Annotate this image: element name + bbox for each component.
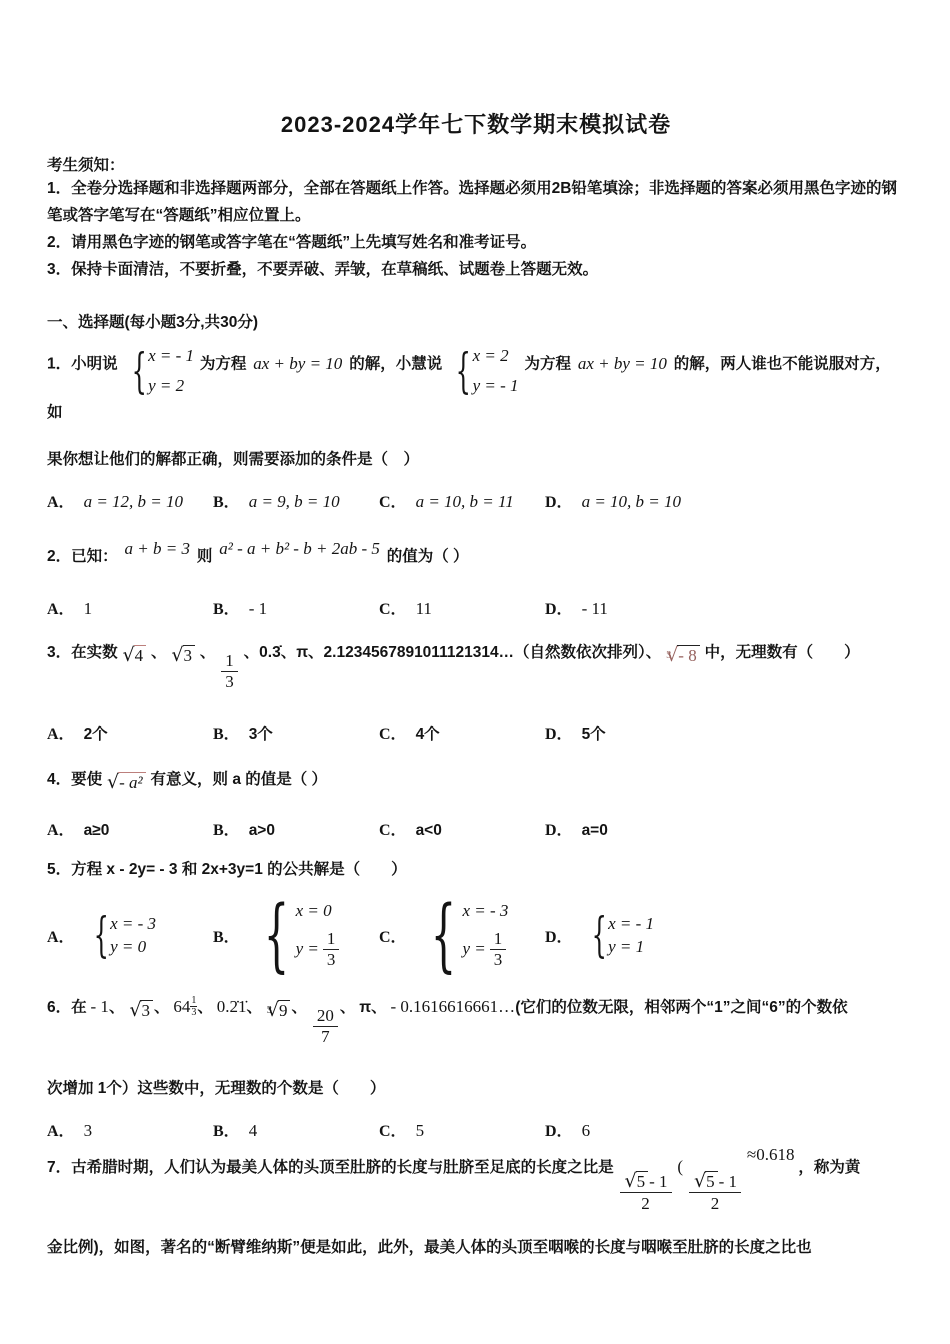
option-label: B．: [213, 924, 240, 947]
question-6-paren-text: (它们的位数无限，相邻两个“1”之间“6”的个数依: [515, 999, 847, 1016]
sqrt-5-radical: √5: [694, 1171, 718, 1192]
question-1-text: 为方程: [200, 356, 247, 373]
question-3-text: 中，无理数有（ ）: [705, 644, 860, 661]
nonrepeating-decimal: - 0.1616616661…: [391, 997, 516, 1016]
option-a: A．2个: [47, 721, 213, 744]
option-d: D． {x = - 1y = 1: [545, 895, 656, 975]
option-value: a>0: [249, 822, 275, 840]
question-6-lead: 在: [71, 999, 87, 1016]
radicand: 9: [278, 1000, 291, 1021]
fraction-numerator: √5 - 1: [689, 1171, 741, 1192]
fraction-numerator: 20: [313, 1006, 338, 1026]
option-value: 5个: [582, 722, 606, 744]
equation-system-1: {x = - 1y = 2: [124, 342, 194, 399]
fraction-numerator: √5 - 1: [620, 1171, 672, 1192]
option-b: B．4: [213, 1118, 379, 1141]
fraction-one-third: 13: [221, 651, 238, 691]
question-7-number: 7．: [47, 1159, 71, 1176]
separator: 、: [246, 999, 262, 1016]
question-7-lead: 古希腊时期，人们认为最美人体的头顶至肚脐的长度与肚脐至足底的长度之比是: [71, 1159, 614, 1176]
repeating-decimal: 0.2̇1̇: [217, 997, 247, 1016]
sqrt-neg-a-squared: √- a²: [107, 772, 146, 793]
notice-item-3: 3．保持卡面清洁，不要折叠，不要弄破、弄皱，在草稿纸、试题卷上答题无效。: [47, 256, 905, 283]
option-system: {x = - 3y =13: [418, 895, 509, 975]
option-b: B．a = 9, b = 10: [213, 489, 379, 512]
radicand: 5: [636, 1171, 649, 1192]
option-value: 4: [249, 1121, 258, 1141]
separator: 、: [200, 644, 216, 661]
question-1-text: 的解，小慧说: [349, 356, 442, 373]
fraction: 13: [323, 929, 340, 969]
system-row: y = - 1: [473, 372, 519, 399]
cube-root-9: 3√9: [267, 1000, 291, 1027]
expression-polynomial: a² - a + b² - b + 2ab - 5: [216, 539, 383, 558]
option-d: D．a = 10, b = 10: [545, 489, 681, 512]
sqrt-5-radical: √5: [625, 1171, 649, 1192]
system-row: x = 2: [473, 342, 509, 369]
question-7-text: ，称为黄: [798, 1159, 860, 1176]
notice-item-2: 2．请用黑色字迹的钢笔或答字笔在“答题纸”上先填写姓名和准考证号。: [47, 229, 905, 256]
cube-root-neg-8: 3√- 8: [666, 645, 700, 672]
fraction-denominator: 3: [323, 949, 340, 970]
question-6-options: A．3 B．4 C．5 D．6: [47, 1118, 905, 1141]
exam-page: 2023-2024学年七下数学期末模拟试卷 考生须知： 1．全卷分选择题和非选择…: [0, 0, 950, 1261]
option-label: D．: [545, 596, 573, 619]
option-c: C． {x = - 3y =13: [379, 895, 545, 975]
option-label: C．: [379, 721, 407, 744]
question-2-line: 2．已知： a + b = 3 则 a² - a + b² - b + 2ab …: [47, 542, 905, 570]
option-system: {x = - 3y = 0: [86, 911, 156, 959]
golden-ratio-fraction: √5 - 12: [620, 1171, 672, 1215]
question-2-text: 的值为（ ）: [387, 548, 469, 565]
brace-glyph: {: [93, 911, 108, 959]
option-label: B．: [213, 489, 240, 512]
question-3-text: 、0.3̇、π、2.1234567891011121314…（自然数依次排列）、: [244, 644, 662, 661]
question-1-line-1: 1．小明说 {x = - 1y = 2 为方程 ax + by = 10 的解，…: [47, 342, 905, 426]
equation-ax-by: ax + by = 10: [575, 354, 670, 373]
option-b: B．- 1: [213, 596, 379, 619]
question-1-number: 1．: [47, 356, 71, 373]
system-row: y = 2: [148, 372, 184, 399]
option-label: A．: [47, 924, 75, 947]
question-1-text: 为方程: [524, 356, 571, 373]
fraction-denominator: 7: [313, 1026, 338, 1047]
question-6-number: 6．: [47, 999, 71, 1016]
option-label: C．: [379, 817, 407, 840]
fraction-denominator: 3: [490, 949, 507, 970]
option-label: D．: [545, 817, 573, 840]
option-value: a≥0: [84, 822, 110, 840]
option-value: 4个: [416, 722, 440, 744]
system-row: x = - 1: [608, 914, 654, 934]
brace-glyph: {: [263, 895, 288, 975]
question-7-line-1: 7．古希腊时期，人们认为最美人体的头顶至肚脐的长度与肚脐至足底的长度之比是 √5…: [47, 1153, 905, 1215]
golden-ratio-fraction: √5 - 12: [689, 1171, 741, 1215]
approx-value: ≈0.618: [747, 1145, 795, 1164]
option-label: C．: [379, 1118, 407, 1141]
notice-item-1: 1．全卷分选择题和非选择题两部分，全部在答题纸上作答。选择题必须用2B铅笔填涂；…: [47, 175, 905, 229]
equation-ax-by: ax + by = 10: [250, 354, 345, 373]
radicand: 3: [140, 1000, 153, 1021]
option-b: B．3个: [213, 721, 379, 744]
option-value: a = 10, b = 11: [416, 492, 514, 512]
fraction: 13: [490, 929, 507, 969]
brace-glyph: {: [456, 347, 471, 395]
numerator-rest: - 1: [649, 1171, 667, 1192]
system-row: y =13: [462, 929, 508, 969]
system-row: y = 0: [110, 937, 146, 957]
root-index: 3: [267, 997, 272, 1024]
option-label: D．: [545, 924, 573, 947]
page-title: 2023-2024学年七下数学期末模拟试卷: [47, 0, 905, 139]
question-3-number: 3．: [47, 644, 71, 661]
option-b: B．a>0: [213, 817, 379, 840]
question-1-options: A．a = 12, b = 10 B．a = 9, b = 10 C．a = 1…: [47, 489, 905, 512]
fraction-twenty-sevenths: 207: [313, 1006, 338, 1046]
option-value: - 1: [249, 599, 267, 619]
option-c: C．5: [379, 1118, 545, 1141]
brace-glyph: {: [131, 347, 146, 395]
option-value: 6: [582, 1121, 591, 1141]
separator: 、: [109, 999, 125, 1016]
option-value: a = 9, b = 10: [249, 492, 340, 512]
question-4-text: 有意义，则 a 的值是（ ）: [151, 771, 328, 788]
option-label: B．: [213, 596, 240, 619]
system-row: x = - 3: [462, 901, 508, 921]
question-5-text: 方程 x - 2y= - 3 和 2x+3y=1 的公共解是（ ）: [71, 861, 407, 878]
option-a: A．1: [47, 596, 213, 619]
option-label: B．: [213, 721, 240, 744]
option-c: C．4个: [379, 721, 545, 744]
radicand: - a²: [118, 772, 146, 793]
option-c: C．a<0: [379, 817, 545, 840]
option-label: C．: [379, 596, 407, 619]
question-2-number: 2．: [47, 548, 71, 565]
option-value: a<0: [416, 822, 442, 840]
question-6-line-2: 次增加 1个）这些数中，无理数的个数是（ ）: [47, 1075, 905, 1102]
option-value: 2个: [84, 722, 108, 744]
option-value: 1: [84, 599, 93, 619]
option-d: D．5个: [545, 721, 606, 744]
separator: 、: [340, 999, 356, 1016]
open-paren: (: [677, 1157, 683, 1176]
notice-header: 考生须知：: [47, 153, 905, 175]
option-label: B．: [213, 817, 240, 840]
option-value: 11: [416, 599, 432, 619]
question-2-lead: 已知：: [71, 548, 118, 565]
question-4-lead: 要使: [71, 771, 102, 788]
option-c: C．11: [379, 596, 545, 619]
system-row: x = - 1: [148, 342, 194, 369]
question-5-options: A． {x = - 3y = 0 B． {x = 0y =13 C． {x = …: [47, 895, 905, 975]
option-value: 3: [84, 1121, 93, 1141]
option-value: a = 10, b = 10: [582, 492, 681, 512]
option-label: A．: [47, 489, 75, 512]
system-row: x = - 3: [110, 914, 156, 934]
option-label: D．: [545, 489, 573, 512]
option-value: - 11: [582, 599, 608, 619]
fraction-denominator: 2: [620, 1192, 672, 1214]
system-row: y =13: [296, 929, 342, 969]
option-a: A．a≥0: [47, 817, 213, 840]
option-value: a = 12, b = 10: [84, 492, 183, 512]
power-base: 64: [173, 997, 190, 1016]
option-c: C．a = 10, b = 11: [379, 489, 545, 512]
option-b: B． {x = 0y =13: [213, 895, 379, 975]
radicand: - 8: [677, 645, 699, 666]
fraction-numerator: 1: [490, 929, 507, 949]
option-label: A．: [47, 721, 75, 744]
separator: 、: [154, 999, 170, 1016]
question-4-number: 4．: [47, 771, 71, 788]
fraction-numerator: 1: [221, 651, 238, 671]
radicand: 5: [705, 1171, 718, 1192]
question-7-line-2: 金比例)，如图，著名的“断臂维纳斯”便是如此，此外，最美人体的头顶至咽喉的长度与…: [47, 1234, 905, 1261]
equation-a-plus-b: a + b = 3: [122, 539, 193, 558]
question-4-line: 4．要使 √- a² 有意义，则 a 的值是（ ）: [47, 766, 905, 793]
question-5-number: 5．: [47, 861, 71, 878]
option-label: A．: [47, 1118, 75, 1141]
option-a: A． {x = - 3y = 0: [47, 895, 213, 975]
option-d: D．a=0: [545, 817, 608, 840]
question-4-options: A．a≥0 B．a>0 C．a<0 D．a=0: [47, 817, 905, 840]
option-label: A．: [47, 596, 75, 619]
question-6-line-1: 6．在 - 1、 √3、 6413、 0.2̇1̇、 3√9、 207、 π、 …: [47, 993, 905, 1046]
fraction-denominator: 2: [689, 1192, 741, 1214]
exponent-numerator: 1: [191, 995, 196, 1006]
brace-glyph: {: [591, 911, 606, 959]
option-value: 3个: [249, 722, 273, 744]
system-row: y = 1: [608, 937, 644, 957]
radicand: 4: [134, 645, 147, 666]
section-header: 一、选择题(每小题3分,共30分): [47, 310, 905, 332]
fraction-numerator: 1: [323, 929, 340, 949]
question-1-lead: 小明说: [71, 356, 118, 373]
question-3-line: 3．在实数 √4 、 √3 、 13 、0.3̇、π、2.12345678910…: [47, 639, 905, 691]
question-2-options: A．1 B．- 1 C．11 D．- 11: [47, 596, 905, 619]
fraction-denominator: 3: [221, 671, 238, 692]
separator: 、: [197, 999, 213, 1016]
option-a: A．a = 12, b = 10: [47, 489, 213, 512]
question-2-text: 则: [197, 548, 213, 565]
option-a: A．3: [47, 1118, 213, 1141]
radicand: 3: [183, 645, 196, 666]
sqrt-3-radical: √3: [129, 1000, 153, 1021]
sqrt-3-radical: √3: [171, 645, 195, 666]
option-label: B．: [213, 1118, 240, 1141]
question-5-line: 5．方程 x - 2y= - 3 和 2x+3y=1 的公共解是（ ）: [47, 856, 905, 883]
numerator-rest: - 1: [719, 1171, 737, 1192]
option-value: 5: [416, 1121, 425, 1141]
equation-system-2: {x = 2y = - 1: [448, 342, 518, 399]
option-value: a=0: [582, 822, 608, 840]
row-prefix: y =: [462, 939, 485, 959]
option-label: D．: [545, 721, 573, 744]
option-d: D．- 11: [545, 596, 608, 619]
separator: 、: [151, 644, 167, 661]
option-system: {x = - 1y = 1: [584, 911, 654, 959]
option-label: A．: [47, 817, 75, 840]
question-3-lead: 在实数: [71, 644, 118, 661]
option-label: D．: [545, 1118, 573, 1141]
brace-glyph: {: [430, 895, 455, 975]
option-label: C．: [379, 924, 407, 947]
separator: 、: [291, 999, 307, 1016]
pi-symbol: π: [359, 999, 371, 1016]
number-item: - 1: [91, 997, 109, 1016]
option-label: C．: [379, 489, 407, 512]
system-row: x = 0: [296, 901, 332, 921]
root-index: 3: [666, 642, 671, 669]
question-3-options: A．2个 B．3个 C．4个 D．5个: [47, 721, 905, 744]
option-system: {x = 0y =13: [251, 895, 342, 975]
row-prefix: y =: [296, 939, 319, 959]
separator: 、: [371, 999, 387, 1016]
sqrt-4-radical: √4: [123, 645, 147, 666]
question-1-line-2: 果你想让他们的解都正确，则需要添加的条件是（ ）: [47, 446, 905, 473]
option-d: D．6: [545, 1118, 590, 1141]
